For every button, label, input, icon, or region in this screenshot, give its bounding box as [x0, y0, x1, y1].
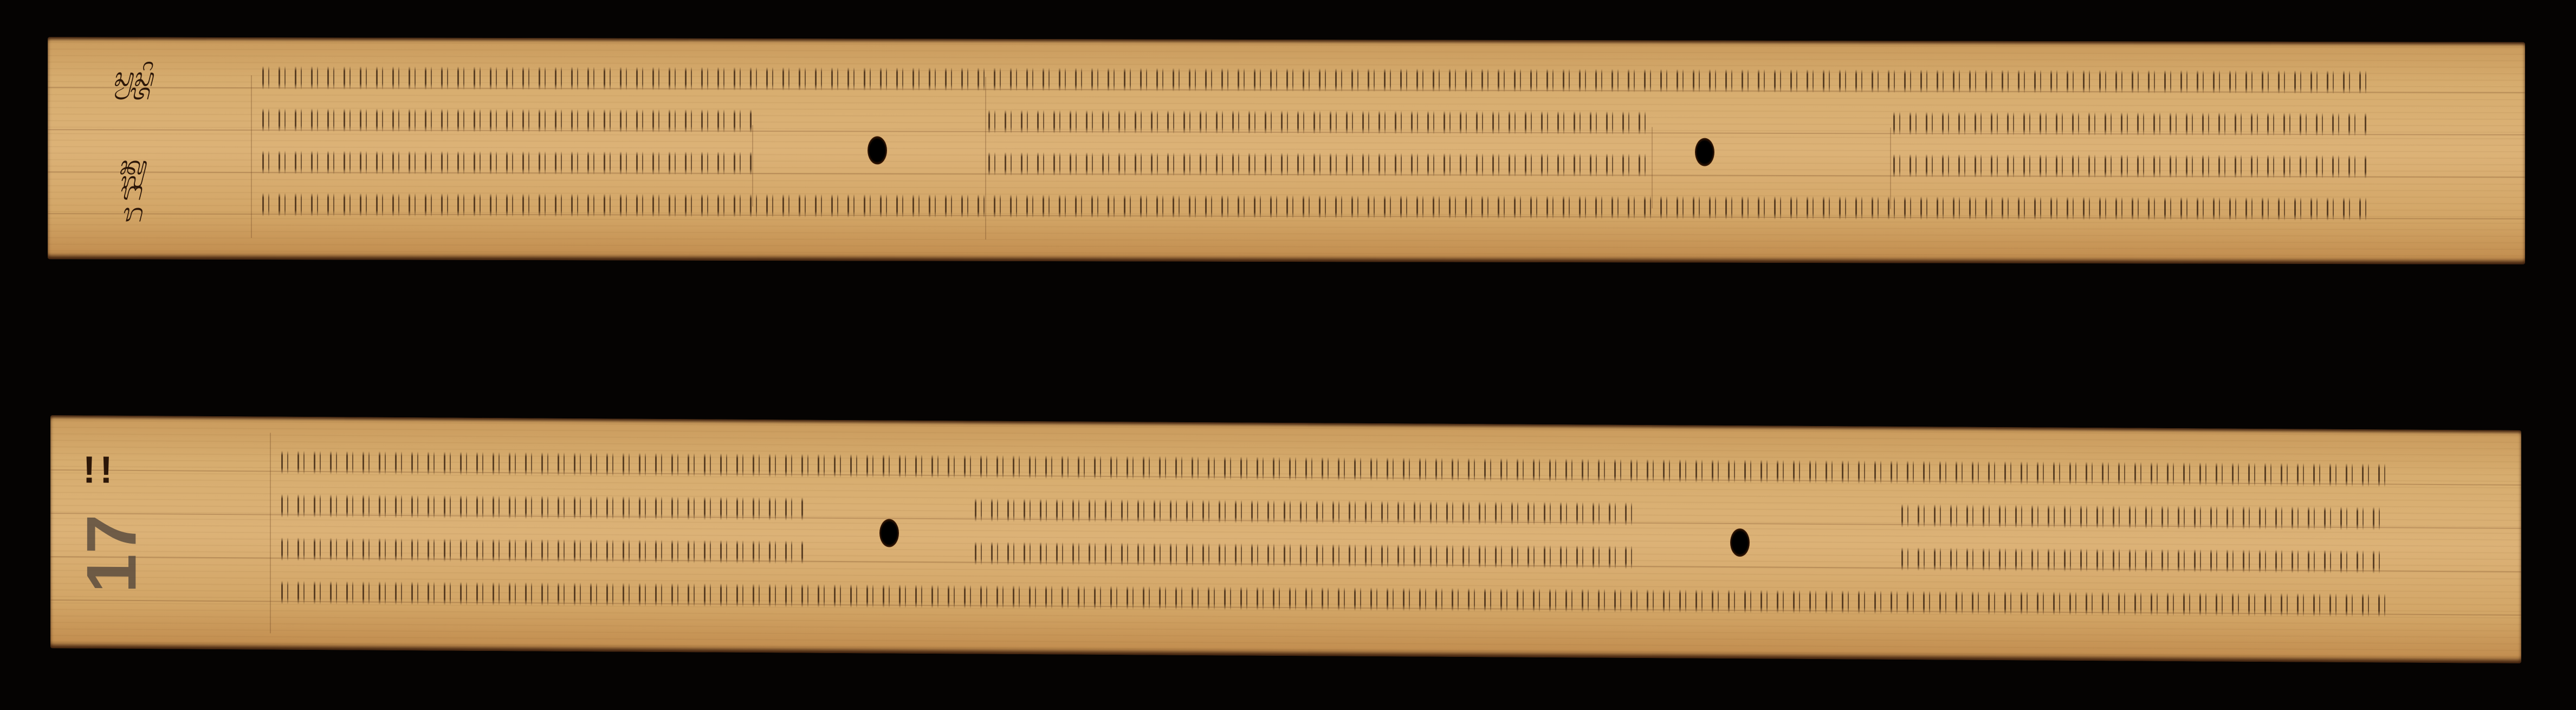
script-line: [Balinese script line 4 — full width] [278, 574, 2391, 626]
script-line-segment [972, 534, 1638, 578]
script-line: [Balinese script line 2 — interrupted by… [259, 101, 752, 141]
margin-rule [251, 75, 252, 238]
pencil-marks: !! [83, 448, 117, 491]
script-line-segment [1890, 147, 2367, 187]
manuscript-leaf-top: ᬲ᭄ᬯᬲ᭄ᬢᬶ ᬓ᭄ᬮ ᬗ ᬭ [Balinese script line 1 … [48, 37, 2525, 264]
margin-rule [270, 433, 271, 634]
string-hole [879, 519, 899, 547]
leaf-number-glyph: ᬭ [121, 195, 142, 240]
script-line: [Balinese script line 1 — full width] [278, 444, 2391, 496]
string-hole [1730, 528, 1750, 557]
script-line-segment [1898, 497, 2386, 539]
script-line: [Balinese script line 4 — full width] [259, 186, 2372, 229]
script-line: [Balinese script line 3 — interrupted by… [259, 144, 752, 184]
leaf-margin-title: ᬲ᭄ᬯᬲ᭄ᬢᬶ [113, 60, 153, 104]
script-line-segment [1890, 105, 2367, 145]
script-line-segment [1898, 540, 2386, 582]
script-line: [Balinese script line 3 — interrupted by… [278, 531, 804, 573]
script-line-segment [985, 103, 1652, 144]
pencil-folio-number: 17 [70, 514, 152, 593]
script-line-segment [972, 491, 1638, 534]
manuscript-leaf-bottom: !! 17 [Balinese script line 1 — full wid… [50, 415, 2521, 663]
string-hole [868, 136, 887, 164]
script-line: [Balinese script line 2 — interrupted by… [278, 487, 804, 530]
string-hole [1695, 138, 1714, 166]
script-line-segment [985, 145, 1652, 186]
script-line: [Balinese script line 1 — full width] [259, 59, 2372, 102]
